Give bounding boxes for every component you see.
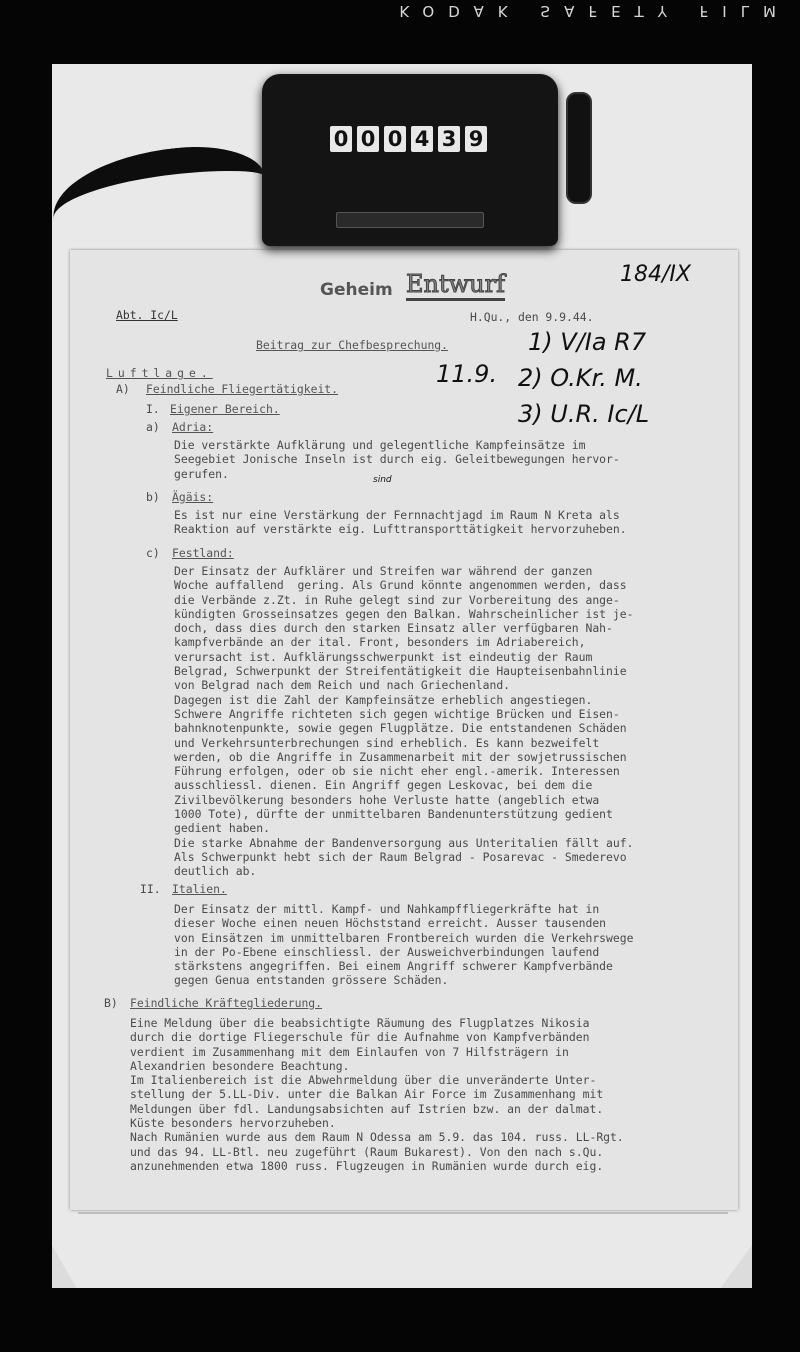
counter-digit: 9: [465, 126, 487, 152]
section-a-label: A): [116, 382, 130, 396]
main-heading: Luftlage.: [106, 366, 213, 380]
document-title: Beitrag zur Chefbesprechung.: [256, 338, 448, 352]
counter-slot: [336, 212, 484, 228]
item-b-label: b): [146, 490, 160, 504]
handwritten-routing-2: 2) O.Kr. M.: [518, 364, 643, 392]
section-a-title: Feindliche Fliegertätigkeit.: [146, 382, 338, 396]
item-b-text: Es ist nur eine Verstärkung der Fernnach…: [174, 508, 627, 537]
counter-digit: 0: [384, 126, 406, 152]
section-b-label: B): [104, 996, 118, 1010]
handwritten-reference: 184/IX: [620, 262, 691, 287]
item-c-title: Festland:: [172, 546, 234, 560]
item-b-title: Ägäis:: [172, 490, 213, 504]
subsection-ii-text: Der Einsatz der mittl. Kampf- und Nahkam…: [174, 902, 633, 988]
subsection-i-title: Eigener Bereich.: [170, 402, 280, 416]
handwritten-routing-3: 3) U.R. Ic/L: [518, 400, 649, 428]
counter-digit: 0: [330, 126, 352, 152]
item-a-text: Die verstärkte Aufklärung und gelegentli…: [174, 438, 620, 481]
section-b-text: Eine Meldung über die beabsichtigte Räum…: [130, 1016, 624, 1173]
handwritten-routing-1: 1) V/Ia R7: [528, 328, 646, 356]
stamp-entwurf: Entwurf: [406, 270, 505, 301]
page-bottom-edge: [78, 1212, 728, 1214]
counter-digit: 4: [411, 126, 433, 152]
film-edge-marking: KODAK SAFETY FILM: [0, 0, 800, 22]
item-a-label: a): [146, 420, 160, 434]
stamp-geheim: Geheim: [320, 280, 393, 300]
subsection-i-label: I.: [146, 402, 160, 416]
subsection-ii-label: II.: [140, 882, 161, 896]
counter-digit: 0: [357, 126, 379, 152]
counter-digits: 0 0 0 4 3 9: [330, 126, 487, 152]
office-designation: Abt. Ic/L: [116, 308, 178, 322]
section-b-title: Feindliche Kräftegliederung.: [130, 996, 322, 1010]
place-date: H.Qu., den 9.9.44.: [470, 310, 593, 324]
item-c-label: c): [146, 546, 160, 560]
item-c-text: Der Einsatz der Aufklärer und Streifen w…: [174, 564, 633, 879]
counter-knob: [566, 92, 592, 204]
frame-counter: 0 0 0 4 3 9: [262, 74, 558, 246]
subsection-ii-title: Italien.: [172, 882, 227, 896]
handwritten-date: 11.9.: [436, 360, 497, 388]
counter-digit: 3: [438, 126, 460, 152]
item-a-title: Adria:: [172, 420, 213, 434]
